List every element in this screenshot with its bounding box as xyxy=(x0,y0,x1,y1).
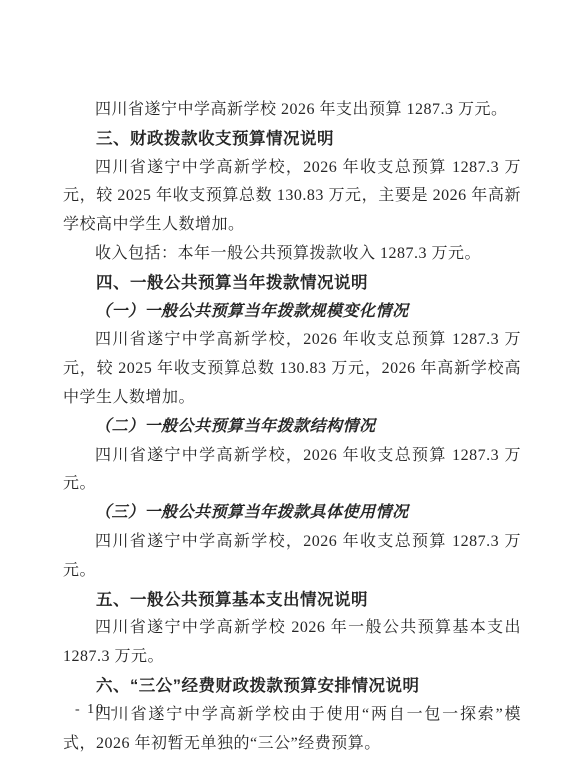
paragraph-specific-use-detail: 四川省遂宁中学高新学校，2026 年收支总预算 1287.3 万元。 xyxy=(63,528,521,586)
subheading-4-1-scale-change: （一）一般公共预算当年拨款规模变化情况 xyxy=(63,298,521,327)
paragraph-basic-expenditure-detail: 四川省遂宁中学高新学校 2026 年一般公共预算基本支出 1287.3 万元。 xyxy=(63,614,521,672)
heading-section-4-public-budget: 四、一般公共预算当年拨款情况说明 xyxy=(63,269,521,298)
subheading-4-3-specific-use: （三）一般公共预算当年拨款具体使用情况 xyxy=(63,499,521,528)
paragraph-income-includes: 收入包括：本年一般公共预算拨款收入 1287.3 万元。 xyxy=(63,240,521,269)
heading-section-6-three-public-funds: 六、“三公”经费财政拨款预算安排情况说明 xyxy=(63,672,521,701)
paragraph-scale-change-detail: 四川省遂宁中学高新学校，2026 年收支总预算 1287.3 万元，较 2025… xyxy=(63,326,521,412)
paragraph-budget-comparison: 四川省遂宁中学高新学校，2026 年收支总预算 1287.3 万元，较 2025… xyxy=(63,154,521,240)
page-footer: - 10 - xyxy=(75,700,117,720)
paragraph-three-public-funds-detail: 四川省遂宁中学高新学校由于使用“两自一包一探索”模式，2026 年初暂无单独的“… xyxy=(63,701,521,759)
page-number: - 10 - xyxy=(75,702,117,717)
document-body: 四川省遂宁中学高新学校 2026 年支出预算 1287.3 万元。 三、财政拨款… xyxy=(63,96,521,758)
heading-section-3-fiscal-appropriation: 三、财政拨款收支预算情况说明 xyxy=(63,125,521,154)
paragraph-structure-detail: 四川省遂宁中学高新学校，2026 年收支总预算 1287.3 万元。 xyxy=(63,442,521,500)
heading-section-5-basic-expenditure: 五、一般公共预算基本支出情况说明 xyxy=(63,586,521,615)
document-page: 四川省遂宁中学高新学校 2026 年支出预算 1287.3 万元。 三、财政拨款… xyxy=(0,0,562,773)
subheading-4-2-structure: （二）一般公共预算当年拨款结构情况 xyxy=(63,413,521,442)
paragraph-expenditure-total: 四川省遂宁中学高新学校 2026 年支出预算 1287.3 万元。 xyxy=(63,96,521,125)
